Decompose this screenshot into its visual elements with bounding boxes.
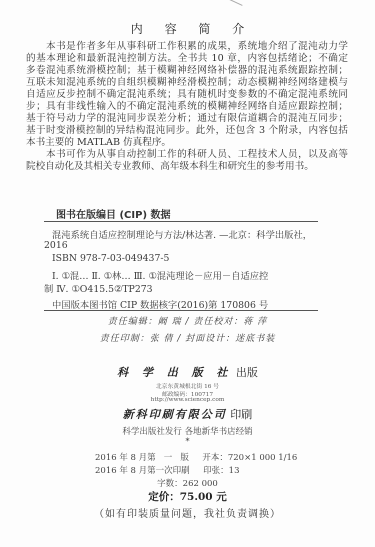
cip-isbn: ISBN 978-7-03-049437-5 (52, 253, 326, 264)
cip-entry-line2: 2016 (44, 240, 318, 251)
summary-line: 步；具有非线性输入的不确定混沌系统的模糊神经网络自适应跟踪控制； (26, 101, 348, 113)
edition-line2: 2016 年 8 月第一次印刷 印张：13 (95, 464, 239, 476)
summary-line: 的基本理论和最新混沌控制方法。全书共 10 章，内容包括绪论；不确定 (26, 53, 348, 65)
cip-library-record: 中国版本图书馆 CIP 数据核字(2016)第 170806 号 (52, 297, 326, 311)
edition-line1: 2016 年 8 月第 一 版 开本：720×1 000 1/16 (95, 451, 297, 463)
publisher-name: 科 学 出 版 社 (117, 366, 232, 379)
cip-header: 图书在版编目 (CIP) 数据 (56, 206, 171, 221)
summary-line: 本书主要的 MATLAB 仿真程序。 (26, 137, 348, 149)
credits-line1: 责任编辑：阚 瑞 / 责任校对：蒋 萍 (0, 314, 375, 327)
quality-note: （如有印装质量问题，我社负责调换） (0, 505, 375, 520)
printer-role: 印刷 (230, 408, 252, 421)
publisher-role: 出版 (236, 366, 258, 379)
cip-entry-line1: 混沌系统自适应控制理论与方法/林达著. —北京：科学出版社， (52, 227, 326, 241)
printer-line: 新科印刷有限公司 印刷 (0, 406, 375, 422)
publisher-website: http://www.sciencep.com (0, 397, 375, 403)
summary-line: 院校自动化及其相关专业教师、高年级本科生和研究生的参考用书。 (26, 161, 348, 173)
summary-line: 基于时变滑模控制的异结构混沌同步。此外，还包含 3 个附录，内容包括 (26, 125, 348, 137)
cip-class-line2: 制 Ⅳ. ①O415.5②TP273 (44, 281, 318, 295)
cip-top-rule (44, 221, 318, 222)
scan-mark (229, 0, 242, 6)
word-count: 字数：262 000 (0, 477, 375, 489)
summary-line: 多卷混沌系统滑模控制；基于模糊神经网络补偿器的混沌系统跟踪控制； (26, 65, 348, 77)
summary-line: 互联未知混沌系统的自组织模糊神经滑模控制；动态模糊神经网络建模与 (26, 77, 348, 89)
printer-name: 新科印刷有限公司 (123, 408, 227, 421)
page-title: 内 容 简 介 (0, 20, 375, 37)
summary-body: 本书是作者多年从事科研工作积累的成果，系统地介绍了混沌动力学 的基本理论和最新混… (26, 41, 348, 173)
summary-line: 自适应反步控制不确定混沌系统；具有随机时变参数的不确定混沌系统同 (26, 89, 348, 101)
cip-class-line1: Ⅰ. ①混… Ⅱ. ①林… Ⅲ. ①混沌理论－应用－自适应控 (52, 268, 326, 282)
summary-line: 基于符号动力学的混沌同步误差分析；通过有限信道耦合的混沌互同步； (26, 113, 348, 125)
distribution-line: 科学出版社发行 各地新华书店经销 (0, 425, 375, 437)
separator-mark: * (0, 437, 375, 446)
credits-line2: 责任印制：张 倩 / 封面设计：迷底书装 (0, 331, 375, 344)
cip-bottom-rule (44, 310, 318, 311)
summary-line: 本书是作者多年从事科研工作积累的成果，系统地介绍了混沌动力学 (26, 41, 348, 53)
summary-line: 本书可作为从事自动控制工作的科研人员、工程技术人员，以及高等 (26, 149, 348, 161)
price: 定价：75.00 元 (0, 489, 375, 504)
publisher-line: 科 学 出 版 社 出版 (0, 364, 375, 380)
